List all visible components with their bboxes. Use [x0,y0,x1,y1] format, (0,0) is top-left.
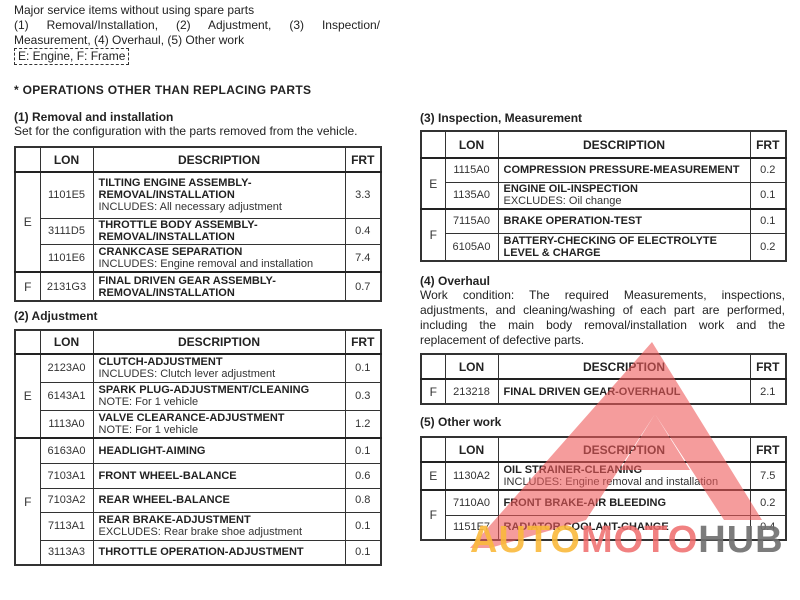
description-cell: FRONT BRAKE-AIR BLEEDING [498,490,750,515]
col-header-frt: FRT [345,147,381,172]
lon-cell: 213218 [445,379,498,404]
section-title-inspection: (3) Inspection, Measurement [420,111,582,125]
col-header-lon: LON [445,354,498,379]
col-header-frt: FRT [750,354,786,379]
table-header-row: LONDESCRIPTIONFRT [421,131,786,158]
col-header-description: DESCRIPTION [93,330,345,354]
description-main: FRONT BRAKE-AIR BLEEDING [504,497,745,509]
lon-cell: 7110A0 [445,490,498,515]
lon-cell: 1151E7 [445,515,498,540]
col-header-frt: FRT [750,437,786,462]
col-header-group [15,330,40,354]
description-main: THROTTLE BODY ASSEMBLY-REMOVAL/INSTALLAT… [99,219,340,243]
description-cell: OIL STRAINER-CLEANINGINCLUDES: Engine re… [498,462,750,490]
description-main: TILTING ENGINE ASSEMBLY-REMOVAL/INSTALLA… [99,177,340,201]
intro-line-3: Measurement, (4) Overhaul, (5) Other wor… [14,33,380,48]
description-cell: THROTTLE BODY ASSEMBLY-REMOVAL/INSTALLAT… [93,218,345,244]
description-main: CRANKCASE SEPARATION [99,246,340,258]
description-main: SPARK PLUG-ADJUSTMENT/CLEANING [99,384,340,396]
frt-cell: 0.1 [345,438,381,463]
section-note-overhaul: Work condition: The required Measurement… [420,288,785,348]
description-main: OIL STRAINER-CLEANING [504,464,745,476]
table-row: 7113A1REAR BRAKE-ADJUSTMENTEXCLUDES: Rea… [15,512,381,540]
table-adjustment: LONDESCRIPTIONFRTE2123A0CLUTCH-ADJUSTMEN… [14,329,382,566]
description-main: REAR BRAKE-ADJUSTMENT [99,514,340,526]
table-header-row: LONDESCRIPTIONFRT [421,354,786,379]
description-cell: HEADLIGHT-AIMING [93,438,345,463]
frt-cell: 0.8 [345,488,381,512]
table-row: E1130A2OIL STRAINER-CLEANINGINCLUDES: En… [421,462,786,490]
description-main: VALVE CLEARANCE-ADJUSTMENT [99,412,340,424]
frt-cell: 0.2 [750,233,786,261]
col-header-lon: LON [445,131,498,158]
frt-cell: 7.5 [750,462,786,490]
frt-cell: 1.2 [345,410,381,438]
frt-cell: 0.4 [750,515,786,540]
table-row: 7103A2REAR WHEEL-BALANCE0.8 [15,488,381,512]
col-header-lon: LON [40,147,93,172]
section-title-overhaul: (4) Overhaul [420,274,490,288]
description-cell: ENGINE OIL-INSPECTIONEXCLUDES: Oil chang… [498,182,750,209]
frt-cell: 0.1 [345,512,381,540]
section-title-adjustment: (2) Adjustment [14,309,98,323]
description-cell: SPARK PLUG-ADJUSTMENT/CLEANINGNOTE: For … [93,382,345,410]
description-main: FINAL DRIVEN GEAR-OVERHAUL [504,386,745,398]
description-cell: VALVE CLEARANCE-ADJUSTMENTNOTE: For 1 ve… [93,410,345,438]
group-cell: F [15,272,40,301]
col-header-group [421,437,445,462]
group-cell: F [421,379,445,404]
frt-cell: 7.4 [345,244,381,272]
col-header-group [421,131,445,158]
description-cell: RADIATOR COOLANT-CHANGE [498,515,750,540]
description-cell: BATTERY-CHECKING OF ELECTROLYTE LEVEL & … [498,233,750,261]
description-main: ENGINE OIL-INSPECTION [504,183,745,195]
table-row: 6143A1SPARK PLUG-ADJUSTMENT/CLEANINGNOTE… [15,382,381,410]
table-row: E1101E5TILTING ENGINE ASSEMBLY-REMOVAL/I… [15,172,381,218]
frt-cell: 0.2 [750,490,786,515]
frt-cell: 2.1 [750,379,786,404]
lon-cell: 7103A1 [40,463,93,488]
group-cell: F [15,438,40,565]
lon-cell: 1115A0 [445,158,498,182]
frt-cell: 0.3 [345,382,381,410]
frt-cell: 0.1 [345,354,381,382]
table-overhaul: LONDESCRIPTIONFRTF213218FINAL DRIVEN GEA… [420,353,787,405]
description-cell: FINAL DRIVEN GEAR-OVERHAUL [498,379,750,404]
description-main: FINAL DRIVEN GEAR ASSEMBLY-REMOVAL/INSTA… [99,275,340,299]
description-main: FRONT WHEEL-BALANCE [99,470,340,482]
lon-cell: 1130A2 [445,462,498,490]
table-other: LONDESCRIPTIONFRTE1130A2OIL STRAINER-CLE… [420,436,787,541]
lon-cell: 1135A0 [445,182,498,209]
frt-cell: 0.1 [750,209,786,233]
group-cell: E [421,158,445,209]
description-note: EXCLUDES: Rear brake shoe adjustment [99,526,340,538]
section-title-other: (5) Other work [420,415,501,429]
description-note: INCLUDES: Clutch lever adjustment [99,368,340,380]
lon-cell: 6163A0 [40,438,93,463]
description-main: RADIATOR COOLANT-CHANGE [504,521,745,533]
table-row: 1101E6CRANKCASE SEPARATIONINCLUDES: Engi… [15,244,381,272]
table-row: F6163A0HEADLIGHT-AIMING0.1 [15,438,381,463]
col-header-group [15,147,40,172]
lon-cell: 7103A2 [40,488,93,512]
lon-cell: 3111D5 [40,218,93,244]
description-cell: CLUTCH-ADJUSTMENTINCLUDES: Clutch lever … [93,354,345,382]
description-note: INCLUDES: Engine removal and installatio… [504,476,745,488]
page-title: * OPERATIONS OTHER THAN REPLACING PARTS [14,83,311,97]
description-cell: TILTING ENGINE ASSEMBLY-REMOVAL/INSTALLA… [93,172,345,218]
lon-cell: 6143A1 [40,382,93,410]
group-cell: E [15,172,40,272]
description-cell: COMPRESSION PRESSURE-MEASUREMENT [498,158,750,182]
col-header-description: DESCRIPTION [498,354,750,379]
description-note: EXCLUDES: Oil change [504,195,745,207]
description-cell: FINAL DRIVEN GEAR ASSEMBLY-REMOVAL/INSTA… [93,272,345,301]
section-note-removal: Set for the configuration with the parts… [14,124,358,139]
frt-cell: 0.7 [345,272,381,301]
frt-cell: 3.3 [345,172,381,218]
group-cell: E [421,462,445,490]
lon-cell: 7113A1 [40,512,93,540]
lon-cell: 1101E5 [40,172,93,218]
intro-line-1: Major service items without using spare … [14,3,380,18]
frt-cell: 0.1 [750,182,786,209]
table-row: 3113A3THROTTLE OPERATION-ADJUSTMENT0.1 [15,540,381,565]
description-cell: REAR WHEEL-BALANCE [93,488,345,512]
description-cell: THROTTLE OPERATION-ADJUSTMENT [93,540,345,565]
table-row: E2123A0CLUTCH-ADJUSTMENTINCLUDES: Clutch… [15,354,381,382]
description-main: THROTTLE OPERATION-ADJUSTMENT [99,546,340,558]
lon-cell: 2123A0 [40,354,93,382]
frt-cell: 0.6 [345,463,381,488]
lon-cell: 2131G3 [40,272,93,301]
table-row: F7110A0FRONT BRAKE-AIR BLEEDING0.2 [421,490,786,515]
table-row: 6105A0BATTERY-CHECKING OF ELECTROLYTE LE… [421,233,786,261]
lon-cell: 6105A0 [445,233,498,261]
table-row: 1151E7RADIATOR COOLANT-CHANGE0.4 [421,515,786,540]
lon-cell: 1113A0 [40,410,93,438]
description-note: NOTE: For 1 vehicle [99,396,340,408]
section-title-removal: (1) Removal and installation [14,110,173,124]
table-row: E1115A0COMPRESSION PRESSURE-MEASUREMENT0… [421,158,786,182]
col-header-frt: FRT [750,131,786,158]
description-cell: FRONT WHEEL-BALANCE [93,463,345,488]
col-header-lon: LON [445,437,498,462]
table-removal: LONDESCRIPTIONFRTE1101E5TILTING ENGINE A… [14,146,382,302]
description-main: BATTERY-CHECKING OF ELECTROLYTE LEVEL & … [504,235,745,259]
col-header-description: DESCRIPTION [498,437,750,462]
description-note: INCLUDES: Engine removal and installatio… [99,258,340,270]
table-row: 3111D5THROTTLE BODY ASSEMBLY-REMOVAL/INS… [15,218,381,244]
frt-cell: 0.1 [345,540,381,565]
table-row: 1135A0ENGINE OIL-INSPECTIONEXCLUDES: Oil… [421,182,786,209]
table-header-row: LONDESCRIPTIONFRT [15,330,381,354]
intro-line-2: (1) Removal/Installation, (2) Adjustment… [14,18,380,33]
intro-text: Major service items without using spare … [14,3,380,48]
description-main: CLUTCH-ADJUSTMENT [99,356,340,368]
description-note: INCLUDES: All necessary adjustment [99,201,340,213]
frt-cell: 0.2 [750,158,786,182]
description-note: NOTE: For 1 vehicle [99,424,340,436]
table-header-row: LONDESCRIPTIONFRT [421,437,786,462]
description-main: BRAKE OPERATION-TEST [504,215,745,227]
table-row: F7115A0BRAKE OPERATION-TEST0.1 [421,209,786,233]
col-header-description: DESCRIPTION [93,147,345,172]
lon-cell: 7115A0 [445,209,498,233]
table-row: 7103A1FRONT WHEEL-BALANCE0.6 [15,463,381,488]
description-cell: BRAKE OPERATION-TEST [498,209,750,233]
group-legend: E: Engine, F: Frame [14,48,129,65]
col-header-group [421,354,445,379]
group-cell: F [421,209,445,261]
table-row: F213218FINAL DRIVEN GEAR-OVERHAUL2.1 [421,379,786,404]
description-cell: CRANKCASE SEPARATIONINCLUDES: Engine rem… [93,244,345,272]
group-cell: F [421,490,445,540]
col-header-lon: LON [40,330,93,354]
description-main: COMPRESSION PRESSURE-MEASUREMENT [504,164,745,176]
description-main: HEADLIGHT-AIMING [99,445,340,457]
description-main: REAR WHEEL-BALANCE [99,494,340,506]
frt-cell: 0.4 [345,218,381,244]
group-cell: E [15,354,40,438]
lon-cell: 3113A3 [40,540,93,565]
col-header-frt: FRT [345,330,381,354]
table-inspection: LONDESCRIPTIONFRTE1115A0COMPRESSION PRES… [420,130,787,262]
description-cell: REAR BRAKE-ADJUSTMENTEXCLUDES: Rear brak… [93,512,345,540]
lon-cell: 1101E6 [40,244,93,272]
table-row: 1113A0VALVE CLEARANCE-ADJUSTMENTNOTE: Fo… [15,410,381,438]
table-row: F2131G3FINAL DRIVEN GEAR ASSEMBLY-REMOVA… [15,272,381,301]
table-header-row: LONDESCRIPTIONFRT [15,147,381,172]
col-header-description: DESCRIPTION [498,131,750,158]
